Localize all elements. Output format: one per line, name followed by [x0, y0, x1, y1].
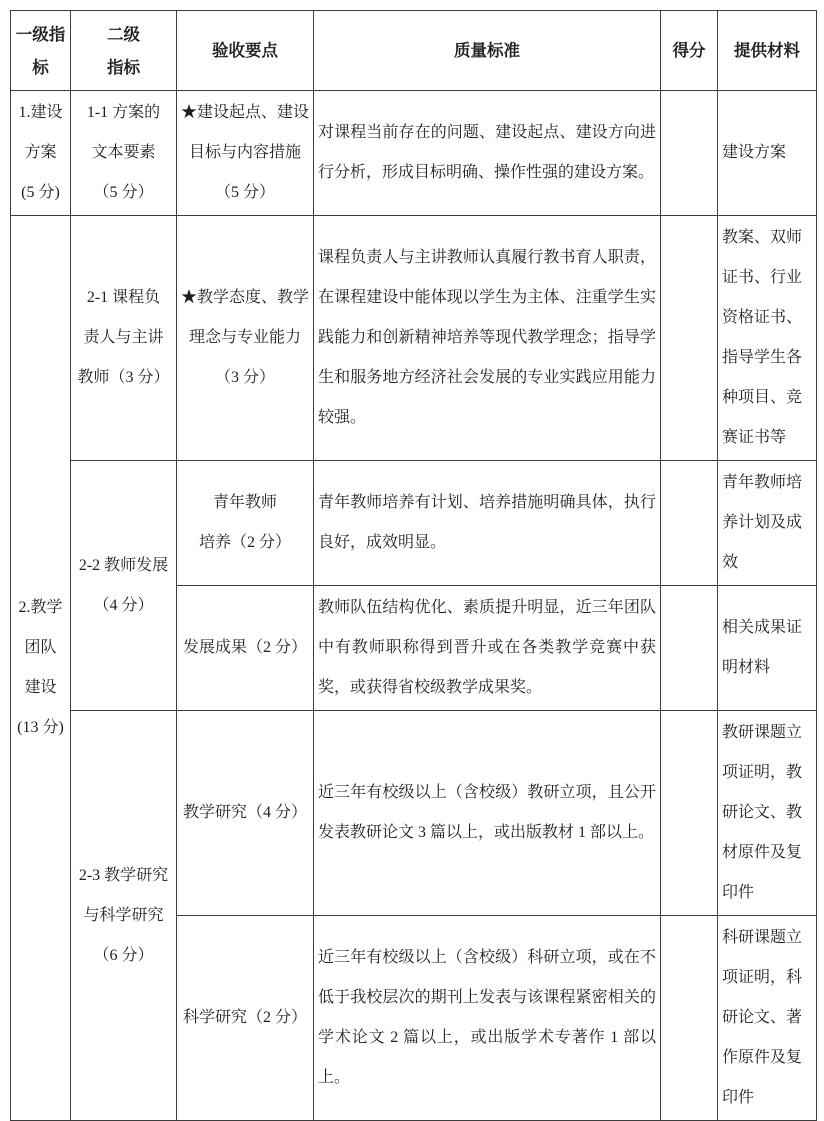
cell-r5-score: [661, 711, 718, 916]
cell-r5-standard: 近三年有校级以上（含校级）教研立项，且公开发表教研论文 3 篇以上，或出版教材 …: [314, 711, 661, 916]
table-row: 2.教学 团队 建设 (13 分) 2-1 课程负 责人与主讲 教师（3 分） …: [11, 216, 817, 461]
header-cell-quality-standard: 质量标准: [314, 11, 661, 91]
cell-r5-materials: 教研课题立项证明，教研论文、教材原件及复印件: [718, 711, 817, 916]
header-cell-level1-indicator: 一级指 标: [11, 11, 71, 91]
header-cell-level2-indicator: 二级 指标: [71, 11, 177, 91]
table-row: 2-3 教学研究 与科学研究 （6 分） 教学研究（4 分） 近三年有校级以上（…: [11, 711, 817, 916]
cell-r1-score: [661, 91, 718, 216]
cell-r6-score: [661, 916, 718, 1121]
cell-r1-materials: 建设方案: [718, 91, 817, 216]
cell-r5-points: 教学研究（4 分）: [177, 711, 314, 916]
cell-r2-materials: 教案、双师证书、行业资格证书、指导学生各种项目、竞赛证书等: [718, 216, 817, 461]
cell-r6-points: 科学研究（2 分）: [177, 916, 314, 1121]
header-cell-acceptance-points: 验收要点: [177, 11, 314, 91]
cell-r1-level2: 1-1 方案的 文本要素 （5 分）: [71, 91, 177, 216]
cell-r2-standard: 课程负责人与主讲教师认真履行教书育人职责，在课程建设中能体现以学生为主体、注重学…: [314, 216, 661, 461]
evaluation-rubric-table: 一级指 标 二级 指标 验收要点 质量标准 得分 提供材料 1.建设 方案 (5…: [10, 10, 817, 1121]
cell-r4-materials: 相关成果证明材料: [718, 586, 817, 711]
cell-r2-points: ★教学态度、教学 理念与专业能力 （3 分）: [177, 216, 314, 461]
cell-r4-standard: 教师队伍结构优化、素质提升明显，近三年团队中有教师职称得到晋升或在各类教学竞赛中…: [314, 586, 661, 711]
cell-r1-level1: 1.建设 方案 (5 分): [11, 91, 71, 216]
cell-r6-materials: 科研课题立项证明，科研论文、著作原件及复印件: [718, 916, 817, 1121]
cell-r2-level1: 2.教学 团队 建设 (13 分): [11, 216, 71, 1121]
cell-r6-standard: 近三年有校级以上（含校级）科研立项，或在不低于我校层次的期刊上发表与该课程紧密相…: [314, 916, 661, 1121]
header-cell-score: 得分: [661, 11, 718, 91]
table-row: 2-2 教师发展 （4 分） 青年教师 培养（2 分） 青年教师培养有计划、培养…: [11, 461, 817, 586]
cell-r3-materials: 青年教师培养计划及成效: [718, 461, 817, 586]
cell-r3-level2: 2-2 教师发展 （4 分）: [71, 461, 177, 711]
cell-r5-level2: 2-3 教学研究 与科学研究 （6 分）: [71, 711, 177, 1121]
cell-r3-score: [661, 461, 718, 586]
header-cell-materials: 提供材料: [718, 11, 817, 91]
cell-r1-points: ★建设起点、建设 目标与内容措施 （5 分）: [177, 91, 314, 216]
cell-r2-level2: 2-1 课程负 责人与主讲 教师（3 分）: [71, 216, 177, 461]
cell-r3-standard: 青年教师培养有计划、培养措施明确具体，执行良好，成效明显。: [314, 461, 661, 586]
cell-r4-points: 发展成果（2 分）: [177, 586, 314, 711]
document-page: { "colors": { "background": "#ffffff", "…: [0, 10, 824, 1111]
cell-r2-score: [661, 216, 718, 461]
table-header-row: 一级指 标 二级 指标 验收要点 质量标准 得分 提供材料: [11, 11, 817, 91]
cell-r4-score: [661, 586, 718, 711]
cell-r3-points: 青年教师 培养（2 分）: [177, 461, 314, 586]
table-row: 1.建设 方案 (5 分) 1-1 方案的 文本要素 （5 分） ★建设起点、建…: [11, 91, 817, 216]
cell-r1-standard: 对课程当前存在的问题、建设起点、建设方向进行分析，形成目标明确、操作性强的建设方…: [314, 91, 661, 216]
